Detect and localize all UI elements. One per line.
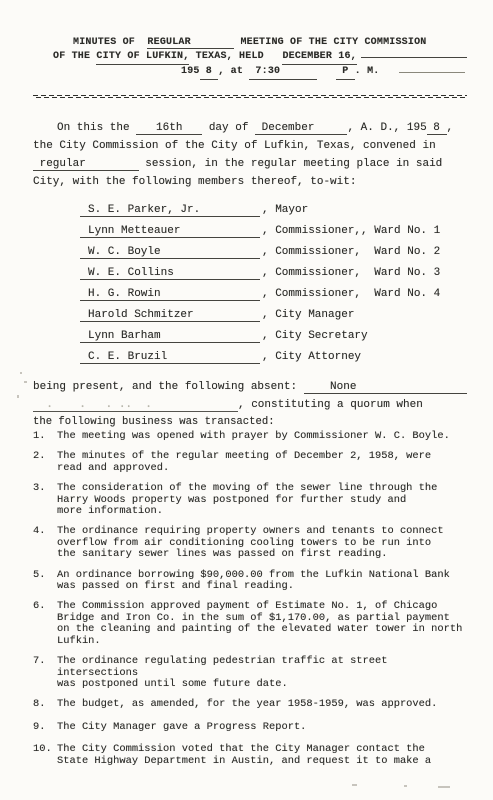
header-text	[317, 65, 336, 79]
member-name: S. E. Parker, Jr.	[80, 204, 260, 217]
member-role: , Commissioner, Ward No. 2	[260, 246, 440, 258]
member-role: , City Attorney	[260, 351, 361, 363]
item-number: 9.	[33, 722, 57, 733]
absent-fill: None	[304, 381, 467, 394]
body-text: session, in the regular meeting place in…	[139, 158, 443, 170]
member-name: W. E. Collins	[80, 267, 260, 280]
year-fill: 8	[200, 65, 219, 80]
member-row: Lynn Metteauer, Commissioner,, Ward No. …	[80, 225, 467, 246]
item-text: The ordinance requiring property owners …	[57, 526, 467, 560]
scan-artifact	[352, 784, 357, 786]
minutes-item-list: 1.The meeting was opened with prayer by …	[33, 431, 467, 767]
item-number: 6.	[33, 601, 57, 647]
member-name: C. E. Bruzil	[80, 351, 260, 364]
member-name: W. C. Boyle	[80, 246, 260, 259]
header-line-2: OF THE CITY OF LUFKIN, TEXAS, HELD DECEM…	[53, 50, 467, 65]
transacted-line: the following business was transacted:	[33, 416, 467, 428]
member-row: C. E. Bruzil, City Attorney	[80, 351, 467, 372]
item-text: The meeting was opened with prayer by Co…	[57, 431, 467, 442]
member-role: , Mayor	[260, 204, 308, 216]
header-text: TEXAS, HELD	[189, 50, 282, 64]
minute-item: 3.The consideration of the moving of the…	[33, 483, 467, 517]
body-text: day of	[202, 122, 255, 134]
minute-item: 8.The budget, as amended, for the year 1…	[33, 699, 467, 710]
item-text: The Commission approved payment of Estim…	[57, 601, 467, 647]
header-text: 195	[181, 65, 200, 79]
meeting-date-fill: DECEMBER 16,	[282, 50, 356, 65]
header-text: MINUTES OF	[73, 37, 147, 48]
item-number: 4.	[33, 526, 57, 560]
member-row: Harold Schmitzer, City Manager	[80, 309, 467, 330]
header-line-1: MINUTES OF REGULAR MEETING OF THE CITY C…	[73, 36, 467, 50]
member-role: , City Manager	[260, 309, 354, 321]
member-row: H. G. Rowin, Commissioner, Ward No. 4	[80, 288, 467, 309]
item-number: 1.	[33, 431, 57, 442]
minute-item: 1.The meeting was opened with prayer by …	[33, 431, 467, 442]
member-row: W. E. Collins, Commissioner, Ward No. 3	[80, 267, 467, 288]
member-role: , Commissioner, Ward No. 3	[260, 267, 440, 279]
body-text: ,	[447, 122, 454, 134]
document-header: MINUTES OF REGULAR MEETING OF THE CITY C…	[33, 36, 467, 80]
header-text: OF THE	[53, 50, 96, 64]
blank-underline: . . . .. .	[33, 399, 238, 412]
body-text: the following business was transacted:	[33, 416, 275, 428]
header-text: . M.	[355, 65, 380, 79]
body-text: , constituting a quorum when	[238, 399, 423, 411]
item-text: The minutes of the regular meeting of De…	[57, 451, 467, 474]
body-text: City, with the following members thereof…	[33, 176, 356, 188]
session-type-fill: regular	[33, 158, 139, 171]
member-list: S. E. Parker, Jr., Mayor Lynn Metteauer,…	[80, 204, 467, 372]
day-fill: 16th	[136, 122, 202, 135]
item-text: The ordinance regulating pedestrian traf…	[57, 656, 467, 690]
divider-dashed	[33, 95, 467, 98]
member-role: , Commissioner, Ward No. 4	[260, 288, 440, 300]
underline-extension	[361, 57, 467, 58]
item-text: The City Manager gave a Progress Report.	[57, 722, 467, 733]
body-text: On this the	[57, 122, 136, 134]
paragraph-line: On this the 16th day of December , A. D.…	[33, 119, 467, 137]
minute-item: 9.The City Manager gave a Progress Repor…	[33, 722, 467, 733]
member-name: Lynn Metteauer	[80, 225, 260, 238]
present-absent-line: being present, and the following absent:…	[33, 381, 467, 394]
item-text: An ordinance borrowing $90,000.00 from t…	[57, 570, 467, 593]
item-text: The consideration of the moving of the s…	[57, 483, 467, 517]
header-text: MEETING OF THE CITY COMMISSION	[234, 37, 426, 48]
scan-artifact	[404, 785, 407, 787]
body-text: being present, and the following absent:	[33, 381, 304, 393]
paragraph-line: regular session, in the regular meeting …	[33, 155, 467, 173]
item-number: 2.	[33, 451, 57, 474]
scanned-minutes-page: MINUTES OF REGULAR MEETING OF THE CITY C…	[0, 0, 493, 800]
member-row: Lynn Barham, City Secretary	[80, 330, 467, 351]
ampm-fill: P	[336, 65, 355, 80]
scan-artifact	[24, 381, 27, 383]
member-row: S. E. Parker, Jr., Mayor	[80, 204, 467, 225]
minute-item: 5.An ordinance borrowing $90,000.00 from…	[33, 570, 467, 593]
minute-item: 7.The ordinance regulating pedestrian tr…	[33, 656, 467, 690]
item-number: 10.	[33, 744, 57, 767]
city-fill: CITY OF LUFKIN,	[96, 50, 189, 65]
member-role: , Commissioner,, Ward No. 1	[260, 225, 440, 237]
minute-item: 10.The City Commission voted that the Ci…	[33, 744, 467, 767]
time-fill: 7:30	[249, 65, 317, 80]
opening-paragraph: On this the 16th day of December , A. D.…	[33, 119, 467, 191]
quorum-line: . . . .. ., constituting a quorum when	[33, 399, 467, 412]
member-role: , City Secretary	[260, 330, 368, 342]
scan-artifact	[17, 395, 19, 398]
paragraph-line: City, with the following members thereof…	[33, 173, 467, 191]
minute-item: 4.The ordinance requiring property owner…	[33, 526, 467, 560]
item-number: 3.	[33, 483, 57, 517]
item-number: 5.	[33, 570, 57, 593]
member-name: Lynn Barham	[80, 330, 260, 343]
year-fill: 8	[427, 122, 447, 135]
minute-item: 6.The Commission approved payment of Est…	[33, 601, 467, 647]
month-fill: December	[255, 122, 347, 135]
member-name: Harold Schmitzer	[80, 309, 260, 322]
item-number: 7.	[33, 656, 57, 690]
underline-fragment	[399, 72, 465, 73]
meeting-type-fill: REGULAR	[147, 37, 234, 49]
scan-artifact	[20, 372, 22, 374]
member-row: W. C. Boyle, Commissioner, Ward No. 2	[80, 246, 467, 267]
item-text: The City Commission voted that the City …	[57, 744, 467, 767]
item-number: 8.	[33, 699, 57, 710]
item-text: The budget, as amended, for the year 195…	[57, 699, 467, 710]
paragraph-line: the City Commission of the City of Lufki…	[33, 137, 467, 155]
body-text: the City Commission of the City of Lufki…	[33, 140, 436, 152]
header-text: , at	[218, 65, 249, 79]
header-line-3: 195 8 , at 7:30 P . M.	[181, 65, 467, 80]
member-name: H. G. Rowin	[80, 288, 260, 301]
body-text: , A. D., 195	[347, 122, 426, 134]
minute-item: 2.The minutes of the regular meeting of …	[33, 451, 467, 474]
scan-artifact	[438, 786, 450, 788]
